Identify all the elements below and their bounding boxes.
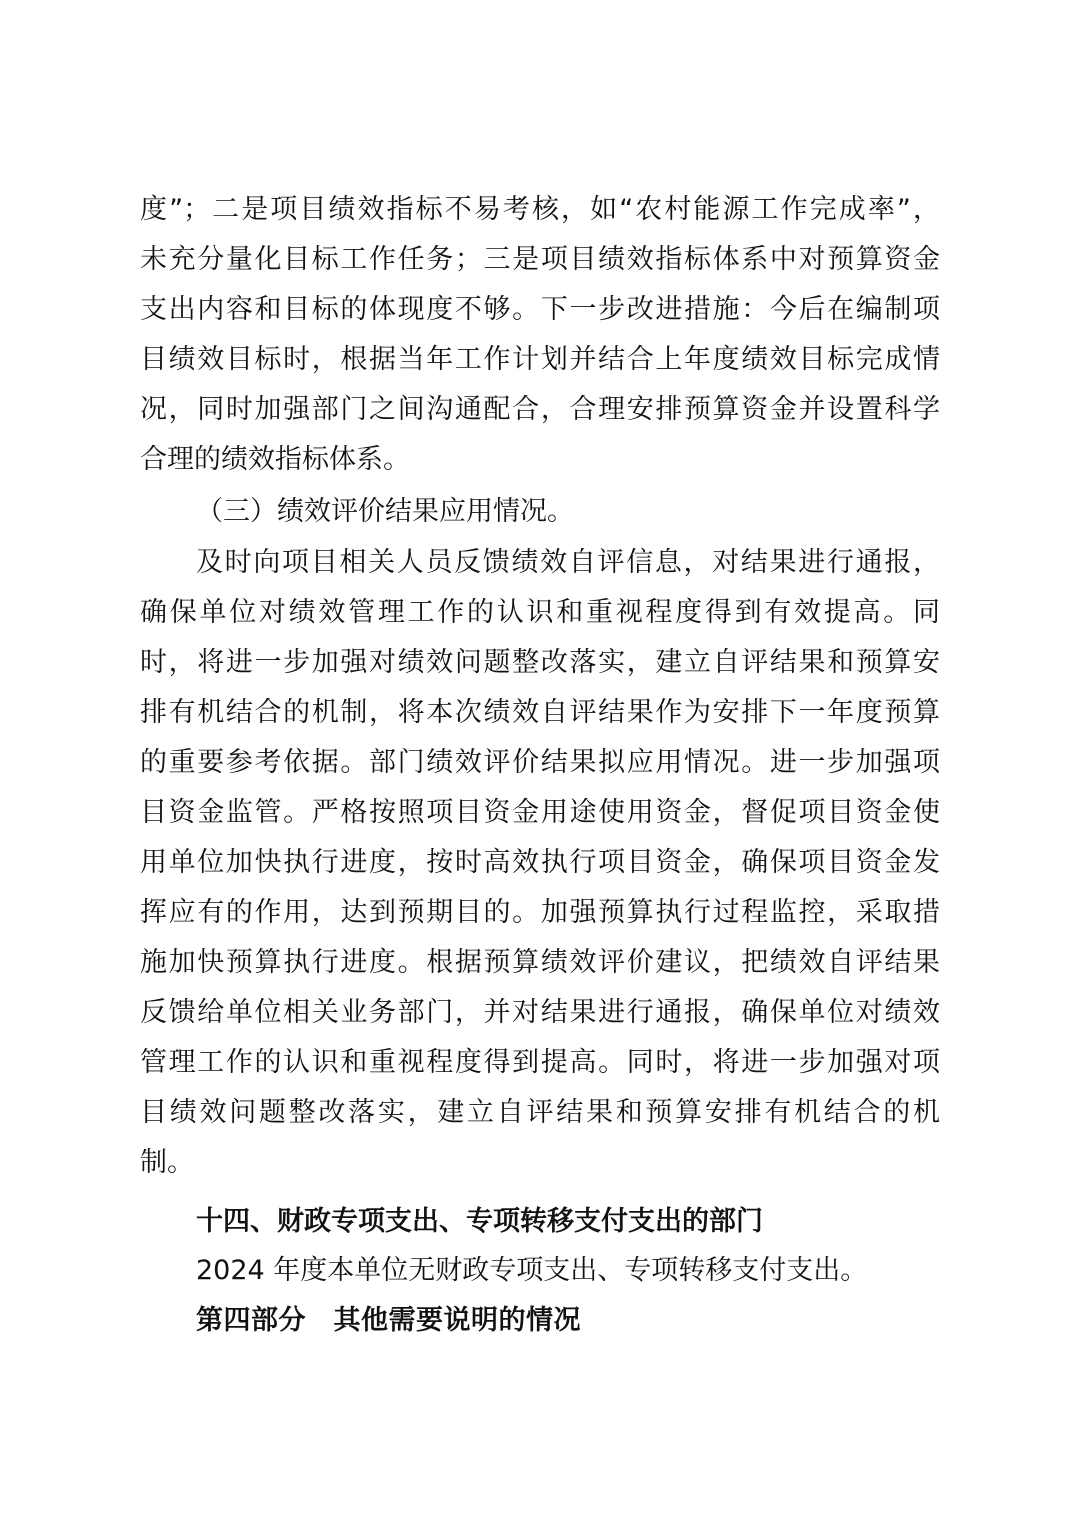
paragraph-line: 况，同时加强部门之间沟通配合，合理安排预算资金并设置科学 [140, 393, 940, 427]
paragraph-line: 挥应有的作用，达到预期目的。加强预算执行过程监控，采取措 [140, 896, 940, 930]
paragraph-line: 制。 [140, 1146, 940, 1180]
paragraph-line: 施加快预算执行进度。根据预算绩效评价建议，把绩效自评结果 [140, 946, 940, 980]
paragraph-line: 及时向项目相关人员反馈绩效自评信息，对结果进行通报， [196, 546, 940, 580]
paragraph-line: 时，将进一步加强对绩效问题整改落实，建立自评结果和预算安 [140, 646, 940, 680]
paragraph-line: 合理的绩效指标体系。 [140, 443, 940, 477]
paragraph-line: 排有机结合的机制，将本次绩效自评结果作为安排下一年度预算 [140, 696, 940, 730]
paragraph-line: 反馈给单位相关业务部门，并对结果进行通报，确保单位对绩效 [140, 996, 940, 1030]
paragraph-line: 管理工作的认识和重视程度得到提高。同时，将进一步加强对项 [140, 1046, 940, 1080]
section-body: 2024 年度本单位无财政专项支出、专项转移支付支出。 [196, 1254, 867, 1288]
paragraph-line: 的重要参考依据。部门绩效评价结果拟应用情况。进一步加强项 [140, 746, 940, 780]
paragraph-line: 目资金监管。严格按照项目资金用途使用资金，督促项目资金使 [140, 796, 940, 830]
paragraph-line: 未充分量化目标工作任务；三是项目绩效指标体系中对预算资金 [140, 243, 940, 277]
paragraph-line: 目绩效目标时，根据当年工作计划并结合上年度绩效目标完成情 [140, 343, 940, 377]
part-heading: 第四部分 其他需要说明的情况 [196, 1304, 581, 1338]
section-heading: 十四、财政专项支出、专项转移支付支出的部门 [196, 1205, 763, 1239]
subsection-heading: （三）绩效评价结果应用情况。 [196, 495, 574, 529]
paragraph-line: 支出内容和目标的体现度不够。下一步改进措施：今后在编制项 [140, 293, 940, 327]
paragraph-line: 度”；二是项目绩效指标不易考核，如“农村能源工作完成率”， [140, 193, 940, 227]
document-page: 度”；二是项目绩效指标不易考核，如“农村能源工作完成率”， 未充分量化目标工作任… [0, 0, 1074, 1520]
paragraph-line: 确保单位对绩效管理工作的认识和重视程度得到有效提高。同 [140, 596, 940, 630]
paragraph-line: 用单位加快执行进度，按时高效执行项目资金，确保项目资金发 [140, 846, 940, 880]
paragraph-line: 目绩效问题整改落实，建立自评结果和预算安排有机结合的机 [140, 1096, 940, 1130]
